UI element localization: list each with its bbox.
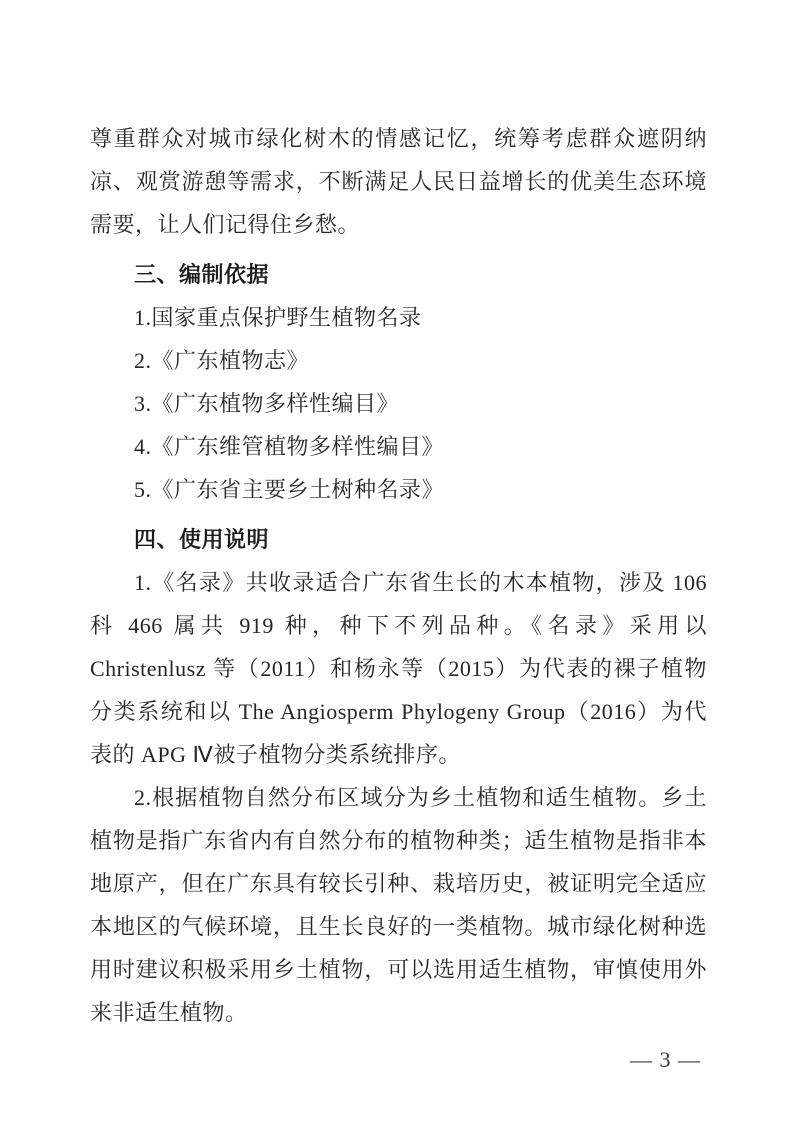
document-page: 尊重群众对城市绿化树木的情感记忆，统筹考虑群众遮阴纳凉、观赏游憩等需求，不断满足… xyxy=(0,0,800,1132)
basis-list-item-3: 3.《广东植物多样性编目》 xyxy=(90,382,707,425)
basis-list-item-2: 2.《广东植物志》 xyxy=(90,339,707,382)
basis-list-item-5: 5.《广东省主要乡土树种名录》 xyxy=(90,468,707,511)
basis-list-item-4: 4.《广东维管植物多样性编目》 xyxy=(90,425,707,468)
intro-paragraph: 尊重群众对城市绿化树木的情感记忆，统筹考虑群众遮阴纳凉、观赏游憩等需求，不断满足… xyxy=(90,117,707,246)
usage-paragraph-1: 1.《名录》共收录适合广东省生长的木本植物，涉及 106 科 466 属共 91… xyxy=(90,561,707,776)
page-footer: — 3 — xyxy=(630,1048,701,1072)
basis-list-item-1: 1.国家重点保护野生植物名录 xyxy=(90,296,707,339)
section-heading-usage: 四、使用说明 xyxy=(90,518,707,561)
section-heading-basis: 三、编制依据 xyxy=(90,253,707,296)
page-number: — 3 — xyxy=(630,1047,701,1072)
document-content: 尊重群众对城市绿化树木的情感记忆，统筹考虑群众遮阴纳凉、观赏游憩等需求，不断满足… xyxy=(90,117,707,1034)
usage-paragraph-2: 2.根据植物自然分布区域分为乡土植物和适生植物。乡土植物是指广东省内有自然分布的… xyxy=(90,776,707,1034)
